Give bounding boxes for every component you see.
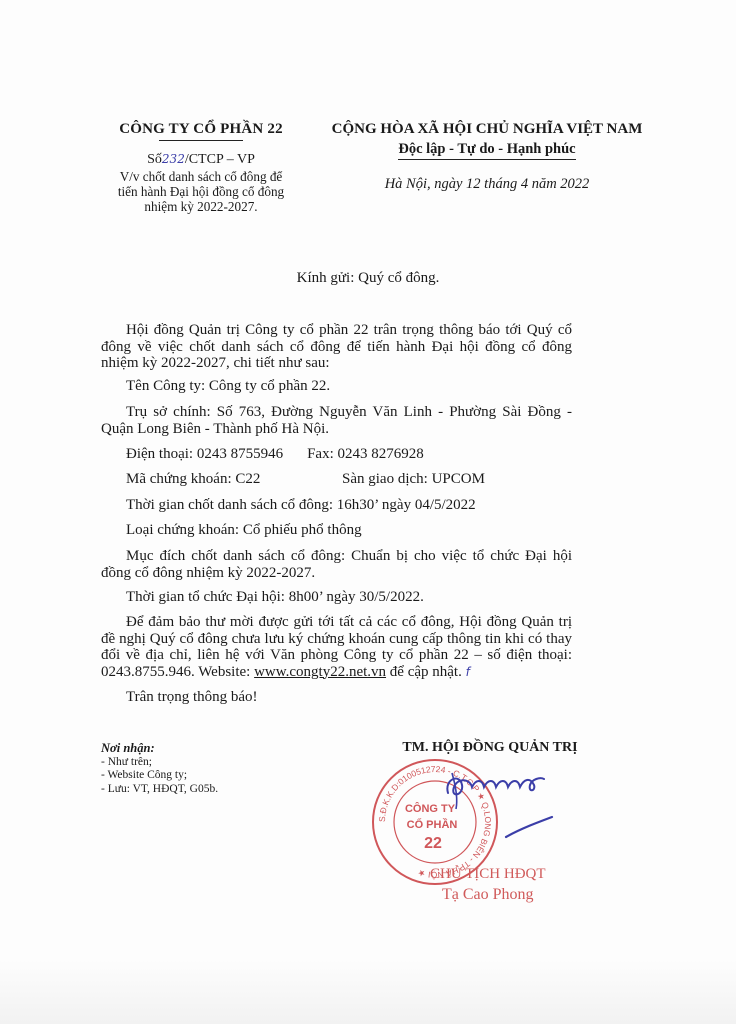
recipient-item: - Như trên; [101,756,218,770]
scan-shadow [0,960,736,1024]
recipient-item: - Website Công ty; [101,769,218,783]
intro-text: Hội đồng Quản trị Công ty cổ phần 22 trâ… [101,322,572,371]
stock-line: Mã chứng khoán: C22Sàn giao dịch: UPCOM [126,471,485,488]
recipient-item: - Lưu: VT, HĐQT, G05b. [101,783,218,797]
recipients: Nơi nhận: - Như trên; - Website Công ty;… [101,742,218,796]
phone: Điện thoại: 0243 8755946 [126,446,283,462]
head-office: Trụ sở chính: Số 763, Đường Nguyễn Văn L… [101,404,572,437]
purpose-text: Mục đích chốt danh sách cổ đông: Chuẩn b… [101,548,572,581]
ref-suffix: /CTCP – VP [185,152,255,167]
national-motto: Độc lập - Tự do - Hạnh phúc [398,141,575,160]
signature-title: TM. HỘI ĐỒNG QUẢN TRỊ [385,740,595,756]
intro-paragraph: Hội đồng Quản trị Công ty cổ phần 22 trâ… [101,322,572,372]
subject-line: tiến hành Đại hội đồng cổ đông [96,184,306,199]
place-date: Hà Nội, ngày 12 tháng 4 năm 2022 [322,176,652,193]
exchange: Sàn giao dịch: UPCOM [342,471,485,487]
document-number: Số232/CTCP – VP [96,152,306,168]
company-name-line: Tên Công ty: Công ty cổ phần 22. [126,378,330,395]
head-office-text: Trụ sở chính: Số 763, Đường Nguyễn Văn L… [101,404,572,437]
fax: Fax: 0243 8276928 [307,446,424,462]
meeting-time: Thời gian tổ chức Đại hội: 8h00’ ngày 30… [126,589,424,606]
security-type: Loại chứng khoán: Cổ phiếu phổ thông [126,522,362,539]
ref-prefix: Số [147,152,162,167]
contact-line: Điện thoại: 0243 8755946Fax: 0243 827692… [126,446,424,463]
signature-scribble-icon [440,765,570,845]
signer-name: Tạ Cao Phong [442,886,534,904]
subject: V/v chốt danh sách cổ đông để tiến hành … [96,169,306,214]
handwritten-initial: f [466,665,470,679]
recipients-title: Nơi nhận: [101,742,218,756]
record-time: Thời gian chốt danh sách cổ đông: 16h30’… [126,497,476,514]
request-paragraph: Để đảm bảo thư mời được gửi tới tất cả c… [101,614,572,680]
request-text-end: để cập nhật. [386,664,462,680]
subject-line: V/v chốt danh sách cổ đông để [96,169,306,184]
document-page: CÔNG TY CỔ PHẦN 22 Số232/CTCP – VP V/v c… [0,0,736,1024]
company-name: CÔNG TY CỔ PHẦN 22 [96,121,306,138]
handwritten-number: 232 [162,152,185,166]
purpose: Mục đích chốt danh sách cổ đông: Chuẩn b… [101,548,572,581]
greeting: Kính gửi: Quý cổ đông. [0,270,736,287]
stock-code: Mã chứng khoán: C22 [126,471,342,488]
subject-line: nhiệm kỳ 2022-2027. [96,199,306,214]
closing: Trân trọng thông báo! [126,689,258,706]
website-link[interactable]: www.congty22.net.vn [254,664,386,680]
national-header: CỘNG HÒA XÃ HỘI CHỦ NGHĨA VIỆT NAM Độc l… [322,121,652,193]
issuer-header: CÔNG TY CỔ PHẦN 22 Số232/CTCP – VP V/v c… [96,121,306,214]
signer-position: CHỦ TỊCH HĐQT [430,866,546,883]
company-underline [159,140,243,141]
nation-title: CỘNG HÒA XÃ HỘI CHỦ NGHĨA VIỆT NAM [322,121,652,138]
